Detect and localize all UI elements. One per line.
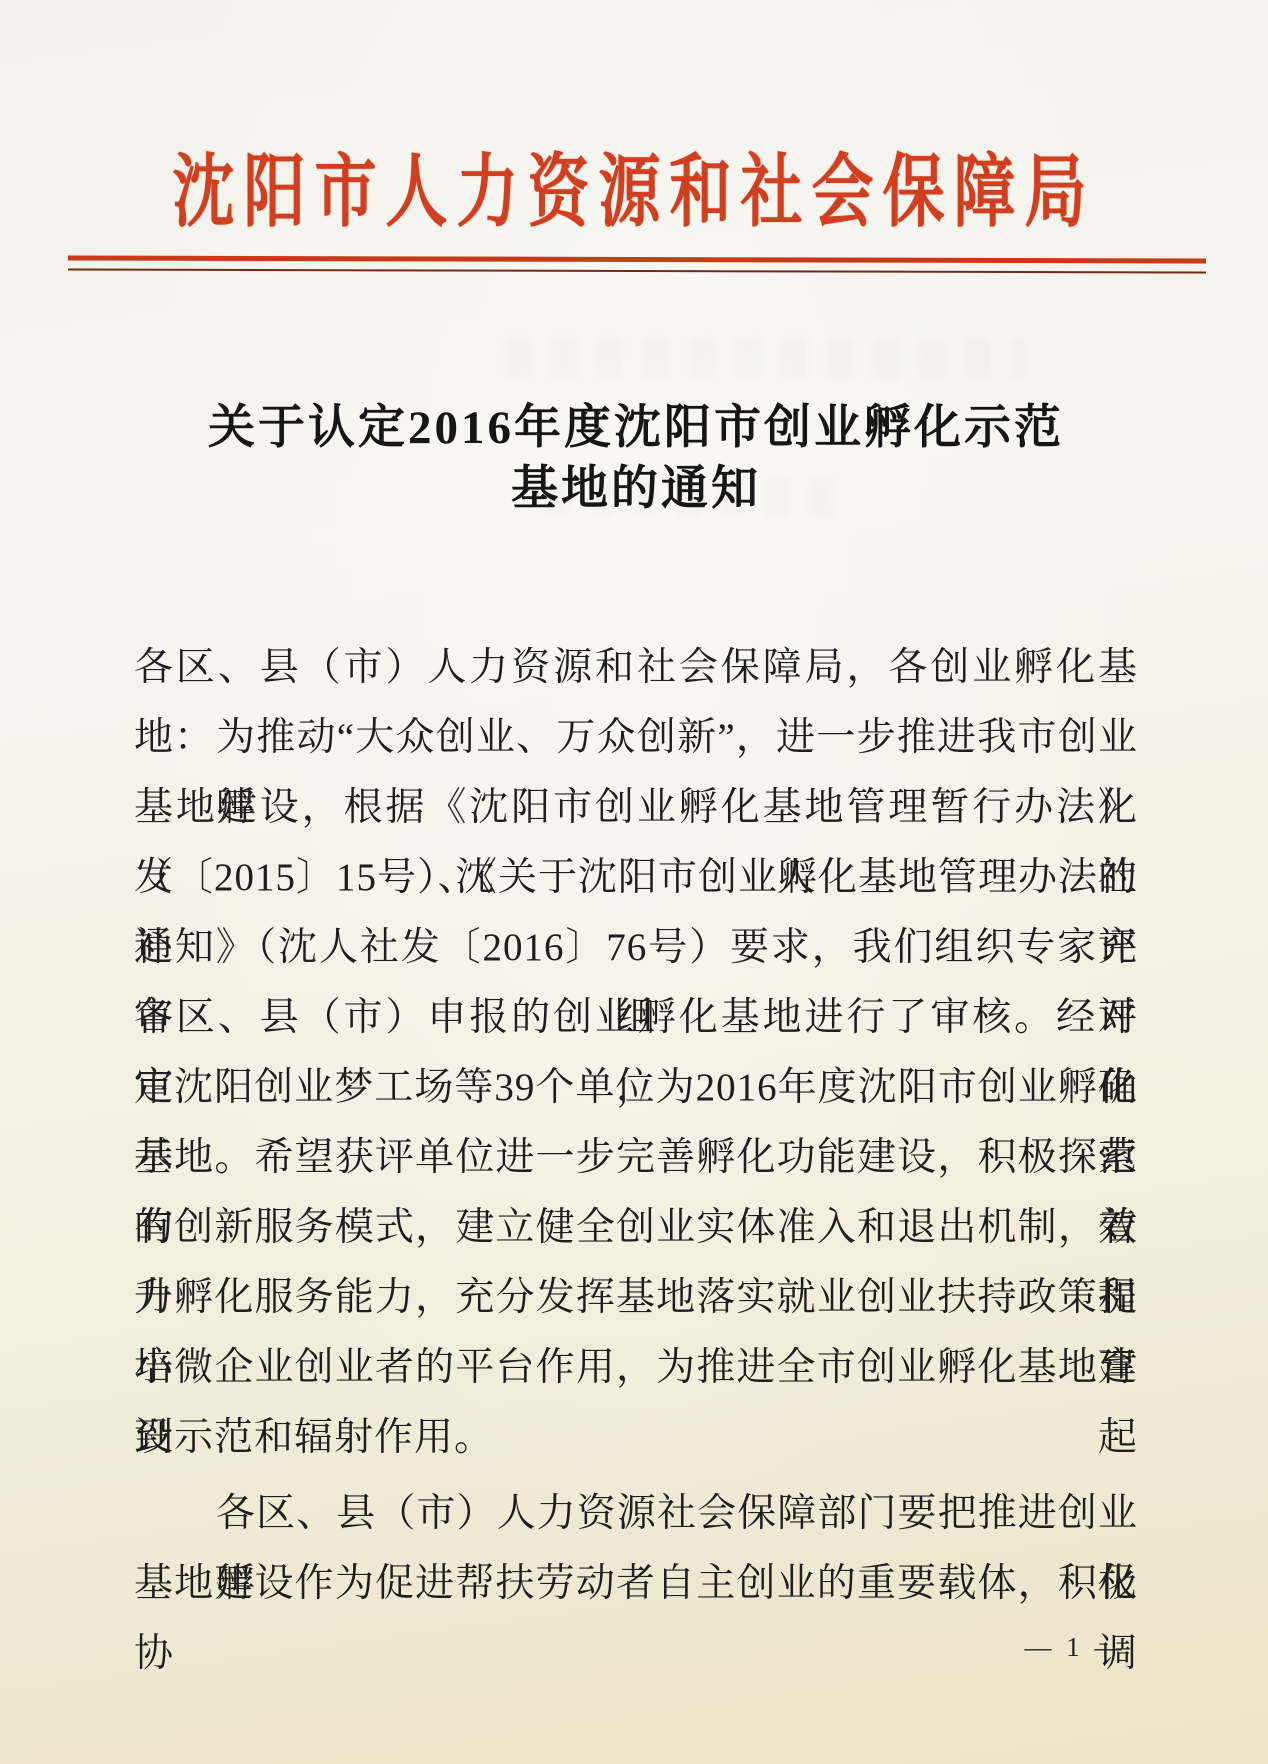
body-line: 的创新服务模式，建立健全创业实体准入和退出机制，着力提: [134, 1193, 1138, 1263]
document-title-line2: 基地的通知: [134, 459, 1138, 520]
document-title-line1: 关于认定2016年度沈阳市创业孵化示范: [134, 398, 1138, 459]
body-line: 升孵化服务能力，充分发挥基地落实就业创业扶持政策和培育: [134, 1263, 1138, 1333]
body-line: 基地建设，根据《沈阳市创业孵化基地管理暂行办法》（沈人社: [134, 773, 1138, 843]
scanned-document-page: 沈阳市人力资源和社会保障局 关于认定2016年度沈阳市创业孵化示范 基地的通知 …: [0, 0, 1268, 1764]
body-line: 定沈阳创业梦工场等39个单位为2016年度沈阳市创业孵化示范: [134, 1053, 1138, 1123]
body-line: 发〔2015〕15号）、《关于沈阳市创业孵化基地管理办法的补充: [134, 843, 1138, 913]
agency-letterhead: 沈阳市人力资源和社会保障局: [0, 128, 1268, 242]
bleed-through-artifact: [505, 338, 1025, 378]
body-line: 基地。希望获评单位进一步完善孵化功能建设，积极探索有效: [134, 1123, 1138, 1193]
body-line: 基地建设作为促进帮扶劳动者自主创业的重要载体，积极协调: [134, 1549, 1138, 1619]
body-line: 各区、县（市）申报的创业孵化基地进行了审核。经评审，确: [134, 983, 1138, 1053]
body-line: 通知》（沈人社发〔2016〕76号）要求，我们组织专家评审组对: [134, 913, 1138, 983]
document-body: 各区、县（市）人力资源和社会保障局，各创业孵化基地： 为推动“大众创业、万众创新…: [134, 633, 1138, 1619]
body-line: 小微企业创业者的平台作用，为推进全市创业孵化基地建设起: [134, 1333, 1138, 1403]
page-number: — 1 —: [985, 1632, 1165, 1663]
letterhead-rule-thin: [68, 269, 1206, 274]
body-line: 为推动“大众创业、万众创新”，进一步推进我市创业孵化: [134, 703, 1138, 773]
salutation-line: 各区、县（市）人力资源和社会保障局，各创业孵化基地：: [134, 633, 1138, 703]
body-line: 各区、县（市）人力资源社会保障部门要把推进创业孵化: [134, 1479, 1138, 1549]
letterhead-rule-thick: [68, 256, 1206, 264]
document-title: 关于认定2016年度沈阳市创业孵化示范 基地的通知: [134, 398, 1138, 520]
